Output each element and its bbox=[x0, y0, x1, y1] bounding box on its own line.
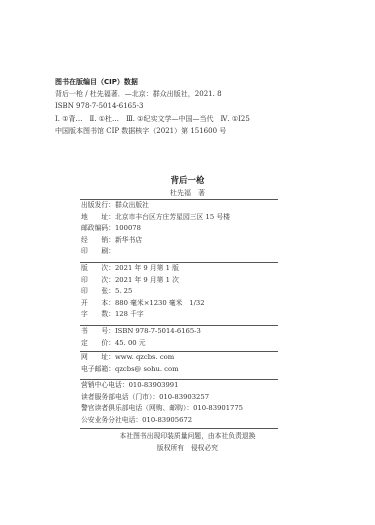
colon: ： bbox=[108, 275, 115, 287]
phone-police-reader-club: 警官读者俱乐部电话（网购、邮购）：010-83901775 bbox=[81, 403, 321, 415]
email-link[interactable]: qzcbs@ sohu. com bbox=[115, 364, 179, 376]
info-value: 128 千字 bbox=[115, 309, 144, 321]
colon: ： bbox=[108, 326, 115, 338]
info-row-address: 地 址：北京市丰台区方庄芳星园三区 15 号楼 bbox=[81, 212, 281, 224]
colon: ： bbox=[108, 298, 115, 310]
info-value: 45. 00 元 bbox=[115, 338, 146, 350]
edition-block: 版 次：2021 年 9 月第 1 版 印 次：2021 年 9 月第 1 次 … bbox=[81, 263, 281, 321]
info-row-distributor: 经 销：新华书店 bbox=[81, 235, 281, 247]
info-row-email: 电子邮箱：qzcbs@ sohu. com bbox=[81, 364, 281, 376]
info-label: 印 次 bbox=[81, 275, 108, 287]
info-label: 经 销 bbox=[81, 235, 108, 247]
cip-data-section: 图书在版编目（CIP）数据 背后一枪 / 杜先福著．—北京：群众出版社，2021… bbox=[55, 76, 250, 137]
publisher-block: 出版发行：群众出版社 地 址：北京市丰台区方庄芳星园三区 15 号楼 邮政编码：… bbox=[81, 200, 281, 258]
web-block: 网 址：www. qzcbs. com 电子邮箱：qzcbs@ sohu. co… bbox=[81, 352, 281, 375]
info-value: 100078 bbox=[115, 223, 141, 235]
divider bbox=[80, 428, 278, 429]
info-value: 新华书店 bbox=[115, 235, 142, 247]
colon: ： bbox=[108, 309, 115, 321]
colon: ： bbox=[108, 246, 115, 258]
colon: ： bbox=[108, 286, 115, 298]
info-row-sheets: 印 张：5. 25 bbox=[81, 286, 281, 298]
info-value: 880 毫米×1230 毫米 1/32 bbox=[115, 298, 205, 310]
info-label: 书 号 bbox=[81, 326, 108, 338]
info-row-printing: 印 次：2021 年 9 月第 1 次 bbox=[81, 275, 281, 287]
info-row-website: 网 址：www. qzcbs. com bbox=[81, 352, 281, 364]
info-label: 字 数 bbox=[81, 309, 108, 321]
info-value: 2021 年 9 月第 1 次 bbox=[115, 275, 179, 287]
cip-line-data-number: 中国版本图书馆 CIP 数据核字（2021）第 151600 号 bbox=[55, 125, 250, 137]
info-value: 2021 年 9 月第 1 版 bbox=[115, 263, 179, 275]
cip-line-isbn: ISBN 978-7-5014-6165-3 bbox=[55, 100, 250, 112]
info-value: 群众出版社 bbox=[115, 200, 149, 212]
info-row-word-count: 字 数：128 千字 bbox=[81, 309, 281, 321]
info-row-price: 定 价：45. 00 元 bbox=[81, 338, 281, 350]
info-label: 定 价 bbox=[81, 338, 108, 350]
info-row-format: 开 本：880 毫米×1230 毫米 1/32 bbox=[81, 298, 281, 310]
website-link[interactable]: www. qzcbs. com bbox=[115, 352, 174, 364]
cip-line-classification: Ⅰ. ①背… Ⅱ. ①杜… Ⅲ. ①纪实文学—中国—当代 Ⅳ. ①I25 bbox=[55, 113, 250, 125]
phone-sales: 营销中心电话：010-83903991 bbox=[81, 380, 321, 392]
info-label: 印 张 bbox=[81, 286, 108, 298]
phone-block: 营销中心电话：010-83903991 读者服务部电话（门市）：010-8390… bbox=[81, 380, 321, 426]
cip-line-title: 背后一枪 / 杜先福著．—北京：群众出版社，2021. 8 bbox=[55, 88, 250, 100]
footer: 本社图书出现印装质量问题，由本社负责退换 版权所有 侵权必究 bbox=[0, 431, 375, 454]
info-value: ISBN 978-7-5014-6165-3 bbox=[115, 326, 201, 338]
colon: ： bbox=[108, 212, 115, 224]
book-author: 杜先福 著 bbox=[0, 188, 375, 198]
colon: ： bbox=[108, 263, 115, 275]
info-row-postcode: 邮政编码：100078 bbox=[81, 223, 281, 235]
copyright-notice: 版权所有 侵权必究 bbox=[0, 443, 375, 455]
quality-notice: 本社图书出现印装质量问题，由本社负责退换 bbox=[0, 431, 375, 443]
colon: ： bbox=[108, 200, 115, 212]
phone-reader-service: 读者服务部电话（门市）：010-83903257 bbox=[81, 392, 321, 404]
isbn-block: 书 号：ISBN 978-7-5014-6165-3 定 价：45. 00 元 bbox=[81, 326, 281, 349]
book-title: 背后一枪 bbox=[0, 174, 375, 186]
info-label: 邮政编码 bbox=[81, 223, 108, 235]
info-value: 北京市丰台区方庄芳星园三区 15 号楼 bbox=[115, 212, 230, 224]
colon: ： bbox=[108, 235, 115, 247]
info-label: 印 刷 bbox=[81, 246, 108, 258]
colon: ： bbox=[108, 338, 115, 350]
info-label: 出版发行 bbox=[81, 200, 108, 212]
info-label: 版 次 bbox=[81, 263, 108, 275]
phone-public-security-branch: 公安业务分社电话：010-83905672 bbox=[81, 415, 321, 427]
info-label: 网 址 bbox=[81, 352, 108, 364]
info-row-edition: 版 次：2021 年 9 月第 1 版 bbox=[81, 263, 281, 275]
colon: ： bbox=[108, 223, 115, 235]
info-label: 开 本 bbox=[81, 298, 108, 310]
cip-title: 图书在版编目（CIP）数据 bbox=[55, 76, 250, 88]
info-row-isbn: 书 号：ISBN 978-7-5014-6165-3 bbox=[81, 326, 281, 338]
info-row-publisher: 出版发行：群众出版社 bbox=[81, 200, 281, 212]
info-row-printer: 印 刷： bbox=[81, 246, 281, 258]
colon: ： bbox=[108, 364, 115, 376]
info-label: 电子邮箱 bbox=[81, 364, 108, 376]
colon: ： bbox=[108, 352, 115, 364]
info-value: 5. 25 bbox=[115, 286, 132, 298]
info-label: 地 址 bbox=[81, 212, 108, 224]
